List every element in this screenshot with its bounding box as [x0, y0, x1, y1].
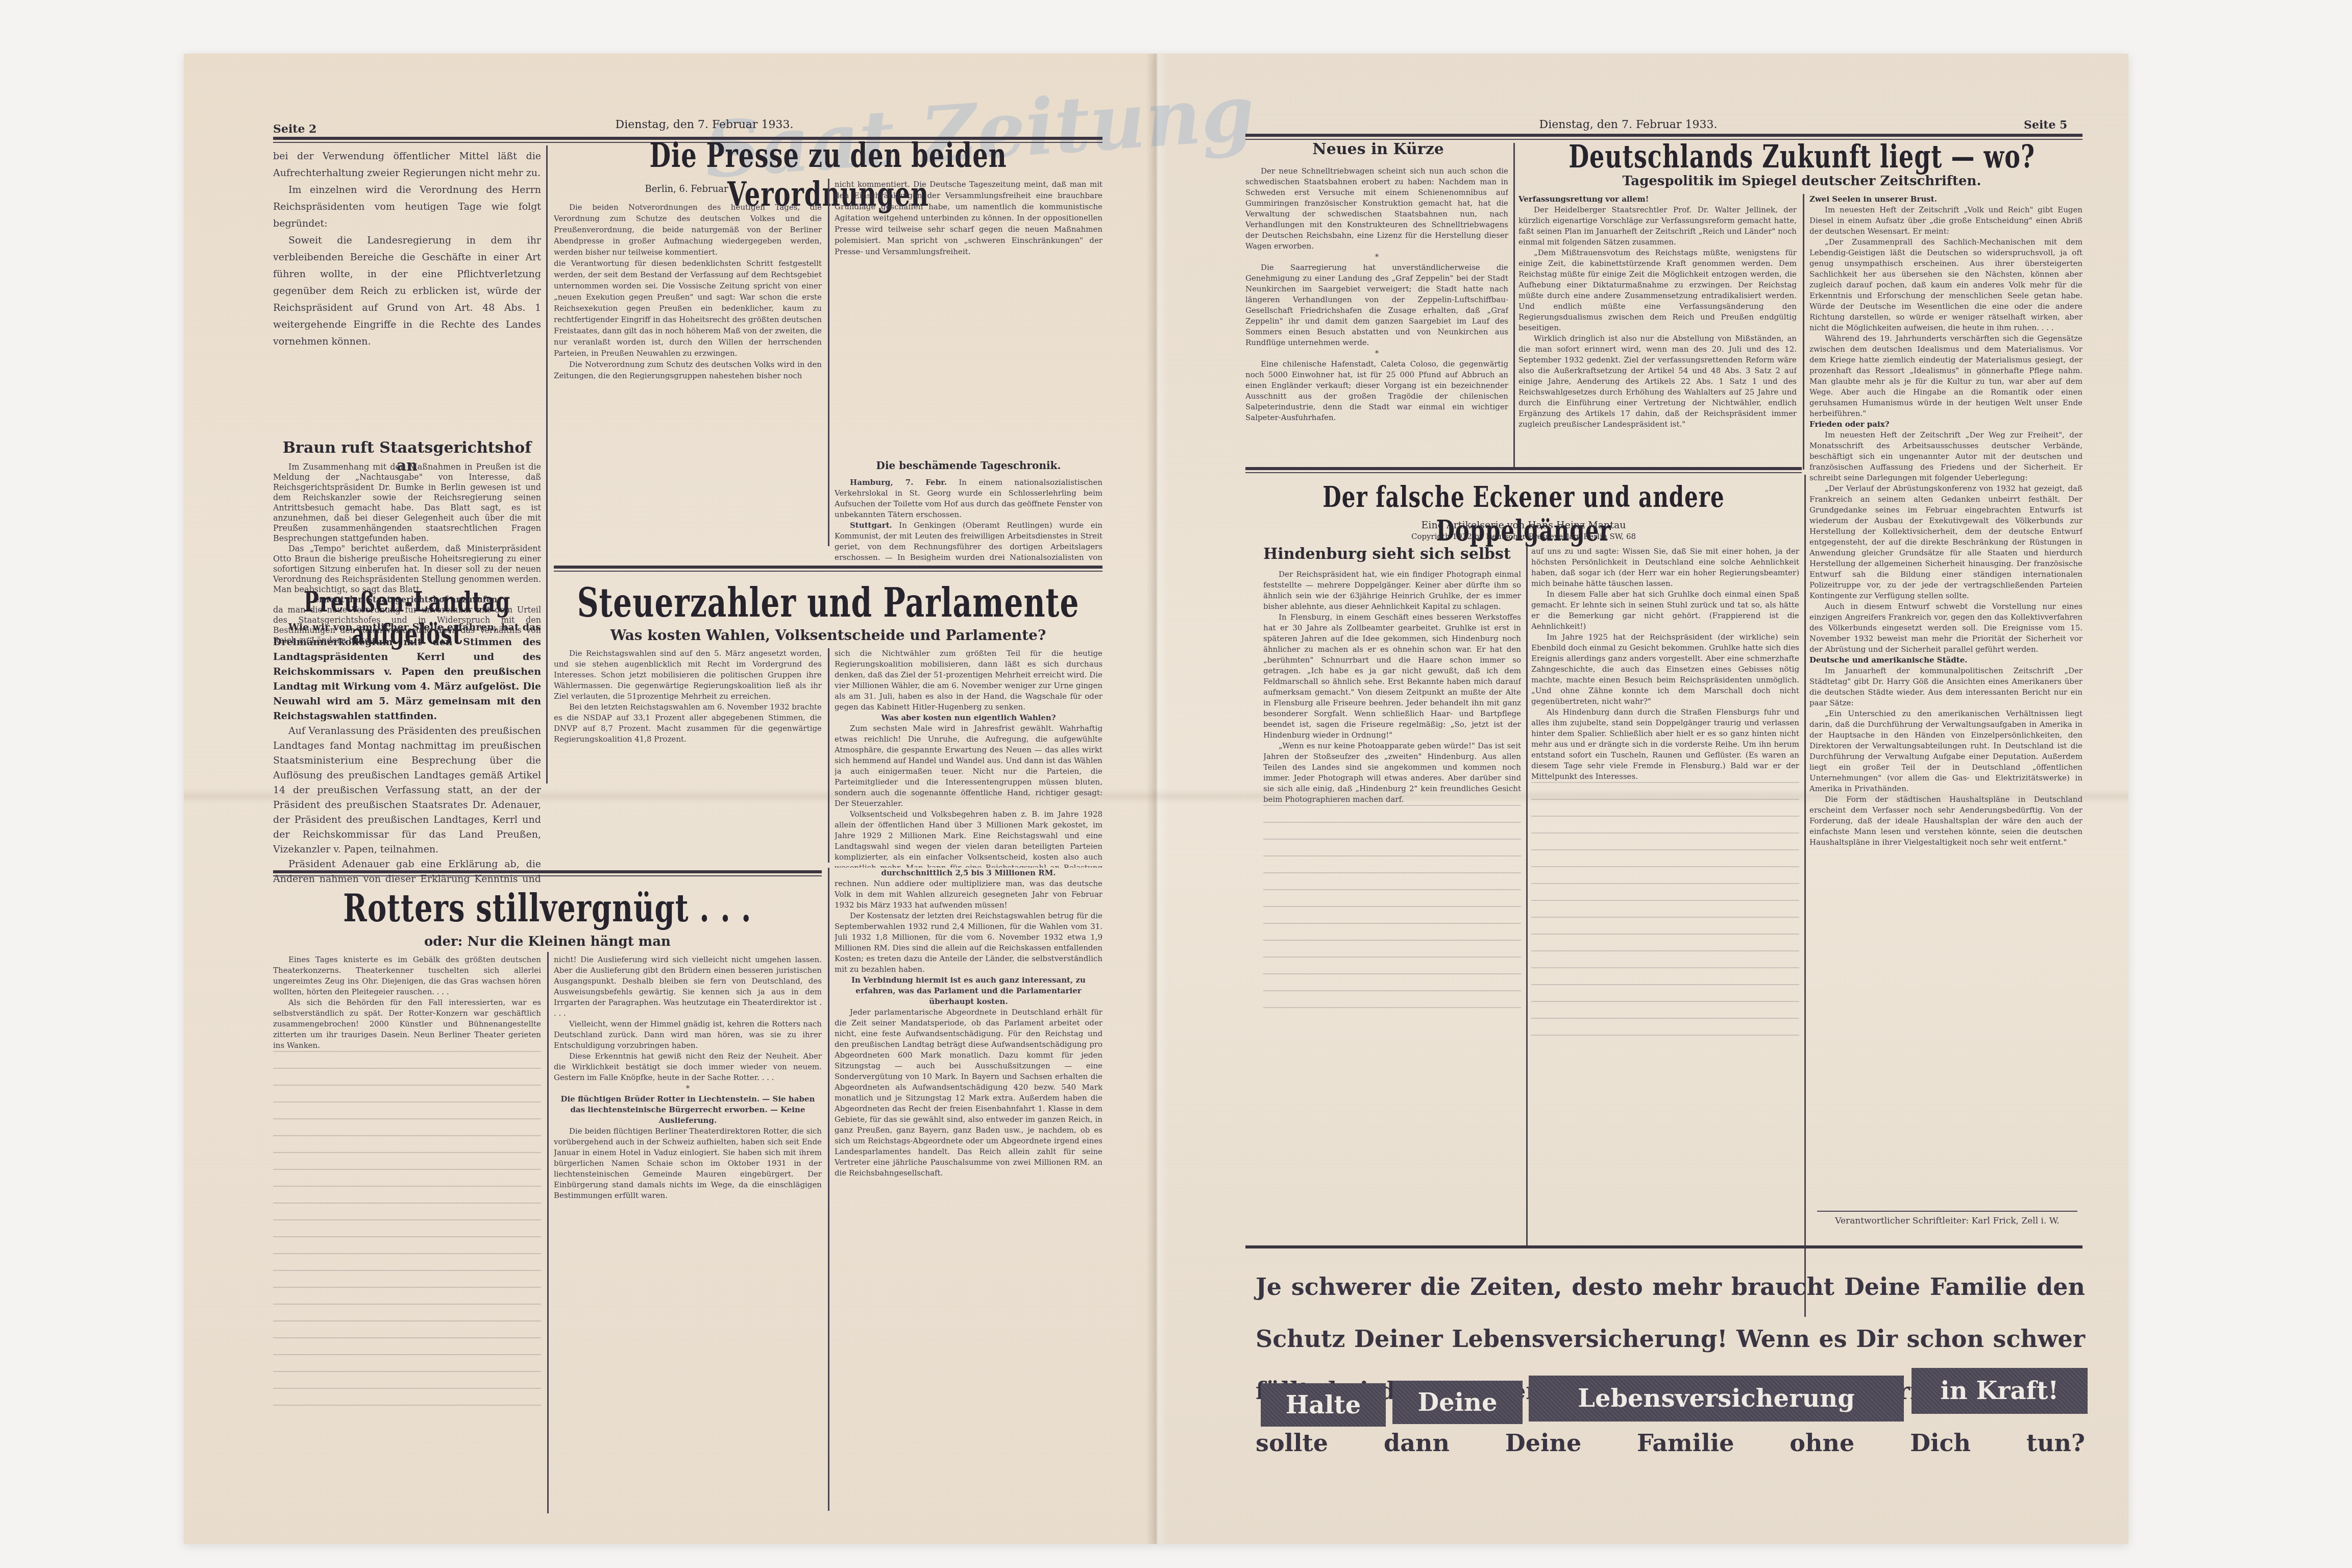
- column-rule: [828, 868, 829, 1511]
- article-steuerzahler-col2: sich die Nichtwähler zum größten Teil fü…: [835, 648, 1102, 868]
- column-rule: [828, 648, 829, 863]
- article-rotters-col1: Eines Tages knisterte es im Gebälk des g…: [273, 954, 541, 1511]
- article-presse-col1: Die beiden Notverordnungen des heutigen …: [554, 202, 822, 559]
- article-zukunft-col2: Zwei Seelen in unserer Brust. Im neueste…: [1809, 194, 2082, 1353]
- imprint-rule: [1817, 1211, 2077, 1212]
- column-rule: [1803, 194, 1804, 470]
- subheading-steuerzahler: Was kosten Wahlen, Volksentscheide und P…: [554, 627, 1102, 644]
- article-eckener-col2: auf uns zu und sagte: Wissen Sie, daß Si…: [1531, 546, 1799, 1245]
- ad-rule: [1245, 1245, 2082, 1248]
- heading-tageschronik: Die beschämende Tageschronik.: [835, 459, 1102, 472]
- section-rule: [273, 870, 822, 873]
- column-rule: [547, 952, 549, 1513]
- heading-neues: Neues in Kürze: [1245, 140, 1511, 158]
- ad-slogan-word: Lebensversicherung: [1529, 1376, 1904, 1422]
- section-rule: [554, 566, 1102, 569]
- article-neues: Der neue Schnelltriebwagen scheint sich …: [1245, 166, 1508, 467]
- section-rule-thin: [1245, 472, 1802, 473]
- page-number-left: Seite 2: [273, 122, 316, 136]
- heading-rotters: Rotters stillvergnügt . . .: [273, 886, 822, 931]
- page-number-right: Seite 5: [2024, 118, 2067, 132]
- article-zukunft-col1: Verfassungsrettung vor allem! Der Heidel…: [1518, 194, 1797, 470]
- copyright-eckener: Copyrigth 1932 by Deutscher Presseverlag…: [1245, 532, 1802, 541]
- subheading-hindenburg: Hindenburg sieht sich selbst: [1263, 545, 1518, 563]
- column-rule: [1526, 546, 1528, 1245]
- column-rule: [1804, 475, 1806, 1317]
- page-date-right: Dienstag, den 7. Februar 1933.: [1511, 118, 1746, 131]
- ad-slogan-word: Deine: [1392, 1381, 1523, 1424]
- column-rule: [828, 179, 829, 546]
- masthead-rule-right: [1245, 134, 2082, 137]
- imprint-editor: Verantwortlicher Schriftleiter: Karl Fri…: [1817, 1216, 2077, 1226]
- article-presse-col2: nicht kommentiert. Die Deutsche Tageszei…: [835, 179, 1102, 454]
- byline-eckener: Eine Artikelserie von Hans Heinz Mantau: [1245, 520, 1802, 531]
- section-rule: [1245, 467, 1802, 470]
- article-tageschronik: Hamburg, 7. Febr. In einem nationalsozia…: [835, 477, 1102, 564]
- article-steuerzahler-col3: durchschnittlich 2,5 bis 3 Millionen RM.…: [835, 868, 1102, 1511]
- article-landtag: Wie wir von amtlicher Stelle erfahren, h…: [273, 620, 541, 886]
- column-rule: [546, 145, 548, 783]
- article-steuerzahler-col1: Die Reichstagswahlen sind auf den 5. Mär…: [554, 648, 822, 863]
- page-date-left: Dienstag, den 7. Februar 1933.: [561, 118, 847, 131]
- article-eckener-col1: Der Reichspräsident hat, wie ein findige…: [1263, 569, 1521, 1245]
- heading-zukunft: Deutschlands Zukunft liegt — wo?: [1521, 138, 2082, 175]
- ad-slogan-word: Halte: [1261, 1383, 1386, 1427]
- ad-slogan-word: in Kraft!: [1912, 1368, 2088, 1414]
- heading-steuerzahler: Steuerzahler und Parlamente: [554, 579, 1102, 626]
- section-rule-thin: [273, 875, 822, 876]
- column-rule: [1513, 143, 1515, 470]
- section-rule-thin: [554, 571, 1102, 572]
- dateline-presse: Berlin, 6. Februar: [554, 184, 819, 194]
- article-rotters-col2: nicht! Die Auslieferung wird sich vielle…: [554, 954, 822, 1511]
- article-verordnung-continued: bei der Verwendung öffentlicher Mittel l…: [273, 148, 541, 429]
- subheading-rotters: oder: Nur die Kleinen hängt man: [273, 934, 822, 949]
- subheading-zukunft: Tagespolitik im Spiegel deutscher Zeitsc…: [1521, 174, 2082, 189]
